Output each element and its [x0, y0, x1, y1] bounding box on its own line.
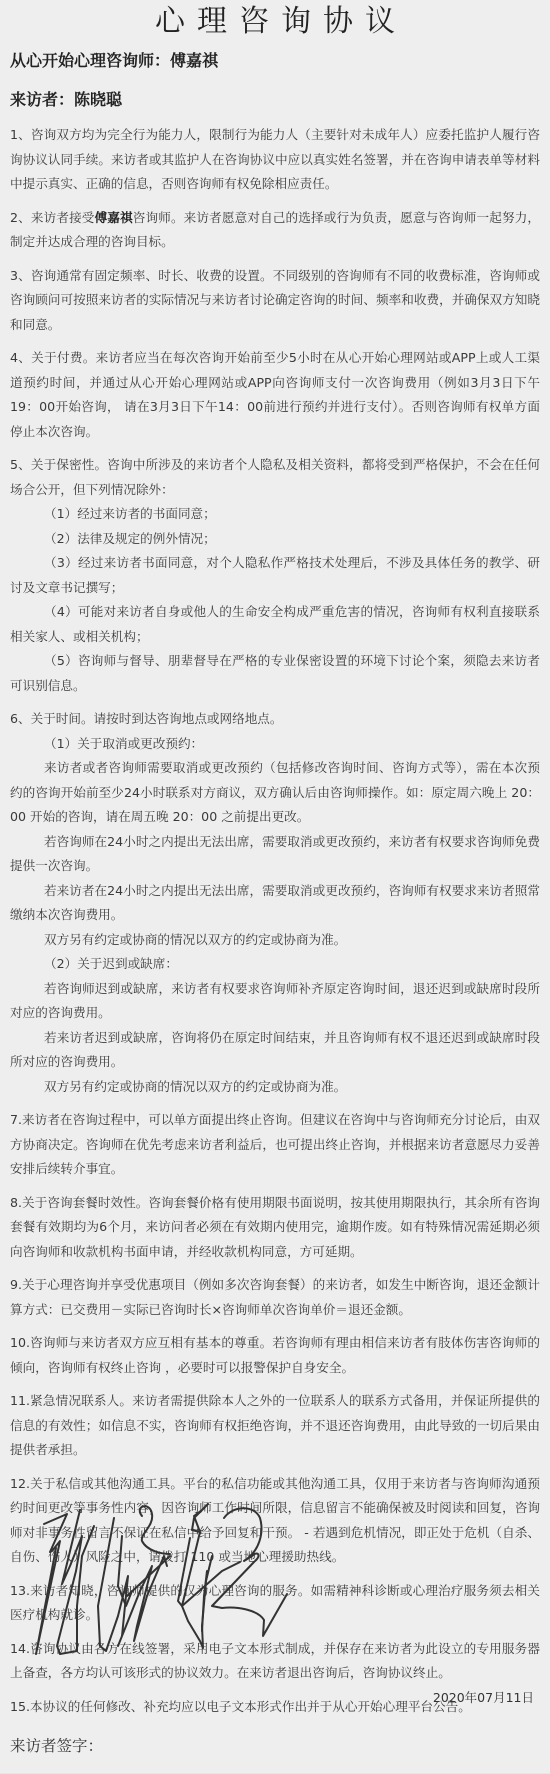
clause-text: 5、关于保密性。咨询中所涉及的来访者个人隐私及相关资料，都将受到严格保护，不会在… — [10, 453, 540, 502]
counselor-name-inline: 傅嘉祺 — [95, 210, 133, 225]
clause-7: 7.来访者在咨询过程中，可以单方面提出终止咨询。但建议在咨询中与咨询师充分讨论后… — [10, 1108, 540, 1182]
visitor-label: 来访者： — [10, 90, 74, 109]
clause-5-item: （3）经过来访者书面同意，对个人隐私作严格技术处理后，不涉及具体任务的教学、研讨… — [10, 551, 540, 600]
clause-6-paragraph: 来访者或者咨询师需要取消或更改预约（包括修改咨询时间、咨询方式等），需在本次预约… — [10, 756, 540, 830]
clause-6: 6、关于时间。请按时到达咨询地点或网络地点。 （1）关于取消或更改预约： 来访者… — [10, 707, 540, 1099]
clause-text: 2、来访者接受傅嘉祺咨询师。来访者愿意对自己的选择或行为负责，愿意与咨询师一起努… — [10, 206, 540, 255]
clause-6-paragraph: 双方另有约定或协商的情况以双方的约定或协商为准。 — [10, 1075, 540, 1100]
clause-5: 5、关于保密性。咨询中所涉及的来访者个人隐私及相关资料，都将受到严格保护，不会在… — [10, 453, 540, 698]
counselor-name: 傅嘉祺 — [170, 51, 218, 70]
clause-9: 9.关于心理咨询并享受优惠项目（例如多次咨询套餐）的来访者，如发生中断咨询，退还… — [10, 1273, 540, 1322]
visitor-line: 来访者：陈晓聪 — [10, 89, 540, 119]
agreement-page: 心理咨询协议 从心开始心理咨询师：傅嘉祺 来访者：陈晓聪 1、咨询双方均为完全行… — [0, 0, 550, 1757]
clause-text: 1、咨询双方均为完全行为能力人，限制行为能力人（主要针对未成年人）应委托监护人履… — [10, 123, 540, 197]
signature-date: 2020年07月11日 — [433, 1688, 534, 1706]
page-title: 心理咨询协议 — [10, 0, 540, 44]
visitor-name: 陈晓聪 — [74, 90, 122, 109]
clause-text: 10.咨询师与来访者双方应互相有基本的尊重。若咨询师有理由相信来访者有肢体伤害咨… — [10, 1331, 540, 1380]
clause-text: 9.关于心理咨询并享受优惠项目（例如多次咨询套餐）的来访者，如发生中断咨询，退还… — [10, 1273, 540, 1322]
clause-8: 8.关于咨询套餐时效性。咨询套餐价格有使用期限书面说明，按其使用期限执行，其余所… — [10, 1191, 540, 1265]
handwritten-signature — [22, 1496, 302, 1661]
clause-10: 10.咨询师与来访者双方应互相有基本的尊重。若咨询师有理由相信来访者有肢体伤害咨… — [10, 1331, 540, 1380]
clause-text: 6、关于时间。请按时到达咨询地点或网络地点。 — [10, 707, 540, 732]
clause-5-item: （2）法律及规定的例外情况； — [10, 527, 540, 552]
clause-5-item: （5）咨询师与督导、朋辈督导在严格的专业保密设置的环境下讨论个案，须隐去来访者可… — [10, 649, 540, 698]
clause-5-item: （1）经过来访者的书面同意； — [10, 502, 540, 527]
clause-6-paragraph: 双方另有约定或协商的情况以双方的约定或协商为准。 — [10, 928, 540, 953]
clause-6-subheading: （2）关于迟到或缺席： — [10, 952, 540, 977]
clause-text: 4、关于付费。来访者应当在每次咨询开始前至少5小时在从心开始心理网站或APP上或… — [10, 346, 540, 444]
clause-text: 7.来访者在咨询过程中，可以单方面提出终止咨询。但建议在咨询中与咨询师充分讨论后… — [10, 1108, 540, 1182]
clause-6-paragraph: 若咨询师在24小时之内提出无法出席，需要取消或更改预约，来访者有权要求咨询师免费… — [10, 830, 540, 879]
clause-text: 3、咨询通常有固定频率、时长、收费的设置。不同级别的咨询师有不同的收费标准，咨询… — [10, 264, 540, 338]
clause-text: 8.关于咨询套餐时效性。咨询套餐价格有使用期限书面说明，按其使用期限执行，其余所… — [10, 1191, 540, 1265]
clause-6-paragraph: 若咨询师迟到或缺席，来访者有权要求咨询师补齐原定咨询时间，退还迟到或缺席时段所对… — [10, 977, 540, 1026]
clause-list: 1、咨询双方均为完全行为能力人，限制行为能力人（主要针对未成年人）应委托监护人履… — [10, 123, 540, 1719]
clause-text-prefix: 2、来访者接受 — [10, 210, 95, 225]
clause-5-item: （4）可能对来访者自身或他人的生命安全构成严重危害的情况，咨询师有权利直接联系相… — [10, 600, 540, 649]
clause-4: 4、关于付费。来访者应当在每次咨询开始前至少5小时在从心开始心理网站或APP上或… — [10, 346, 540, 444]
counselor-line: 从心开始心理咨询师：傅嘉祺 — [10, 50, 540, 80]
signature-label: 来访者签字： — [10, 1735, 540, 1757]
clause-6-subheading: （1）关于取消或更改预约： — [10, 732, 540, 757]
clause-text: 11.紧急情况联系人。来访者需提供除本人之外的一位联系人的联系方式备用，并保证所… — [10, 1389, 540, 1463]
counselor-label: 从心开始心理咨询师： — [10, 51, 170, 70]
clause-11: 11.紧急情况联系人。来访者需提供除本人之外的一位联系人的联系方式备用，并保证所… — [10, 1389, 540, 1463]
clause-2: 2、来访者接受傅嘉祺咨询师。来访者愿意对自己的选择或行为负责，愿意与咨询师一起努… — [10, 206, 540, 255]
clause-6-paragraph: 若来访者在24小时之内提出无法出席，需要取消或更改预约，咨询师有权要求来访者照常… — [10, 879, 540, 928]
clause-6-paragraph: 若来访者迟到或缺席，咨询将仍在原定时间结束，并且咨询师有权不退还迟到或缺席时段所… — [10, 1026, 540, 1075]
clause-1: 1、咨询双方均为完全行为能力人，限制行为能力人（主要针对未成年人）应委托监护人履… — [10, 123, 540, 197]
clause-3: 3、咨询通常有固定频率、时长、收费的设置。不同级别的咨询师有不同的收费标准，咨询… — [10, 264, 540, 338]
